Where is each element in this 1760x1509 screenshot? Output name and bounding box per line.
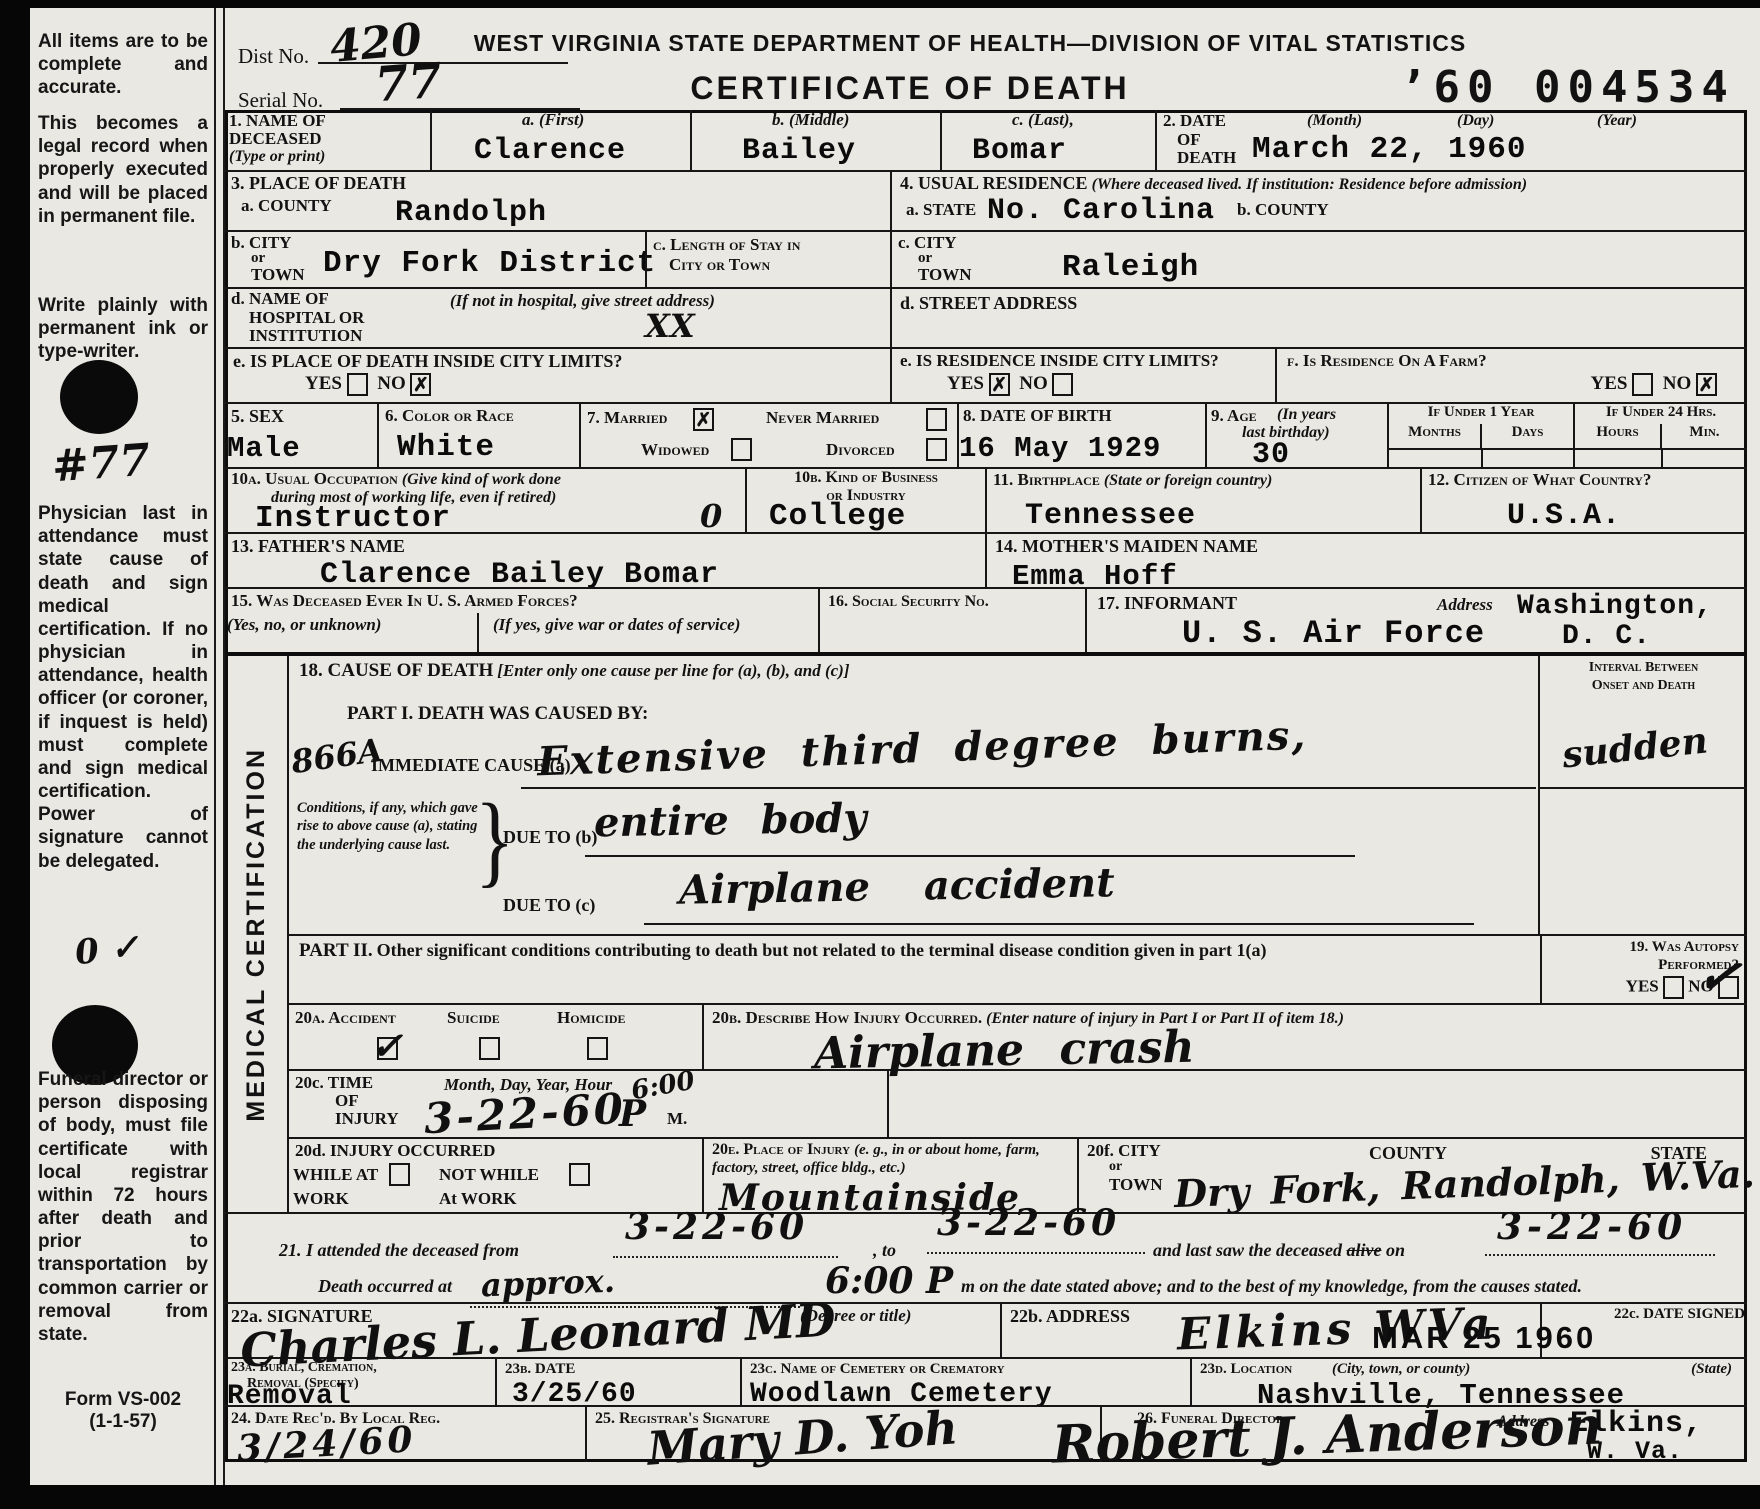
field-occupation: 10a. Usual Occupation (Give kind of work… — [225, 469, 745, 532]
attended-p1: 21. I attended the deceased from — [279, 1240, 519, 1261]
dod-label-1: 2. DATE — [1163, 111, 1226, 130]
department-title: WEST VIRGINIA STATE DEPARTMENT OF HEALTH… — [470, 30, 1470, 57]
margin-note-physician: Physician last in attendance must state … — [38, 502, 208, 873]
interval-line — [1540, 787, 1747, 789]
occupation-mark: 0 — [700, 497, 722, 535]
death-approx: approx. — [480, 1262, 615, 1305]
attended-p3: and last saw the deceased alive on — [1153, 1240, 1405, 1261]
due-b-value: entire body — [594, 794, 867, 846]
stay-label-2: City or Town — [653, 255, 770, 274]
field-middle-name: b. (Middle) Bailey — [690, 110, 940, 170]
row-attended: 21. I attended the deceased from 3-22-60… — [225, 1212, 1747, 1302]
informant-address-label: Address — [1437, 595, 1493, 615]
injury-city-or: or — [1109, 1159, 1122, 1175]
pod-limits-no-label: NO — [377, 373, 406, 394]
margin-note-legal-record: This becomes a legal record when properl… — [38, 112, 208, 228]
serial-no-value: 77 — [373, 53, 444, 114]
never-married-checkbox — [926, 408, 947, 431]
time-meridiem: P — [619, 1093, 646, 1135]
married-mark: ✗ — [696, 410, 712, 431]
medical-section-strip: MEDICAL CERTIFICATION — [225, 656, 287, 1212]
field-informant: 17. INFORMANT U. S. Air Force Address Wa… — [1085, 589, 1747, 652]
interval-label-1: Interval Between — [1589, 660, 1698, 675]
while-at-work-checkbox — [389, 1163, 410, 1186]
res-limits-no-checkbox — [1052, 373, 1073, 396]
field-res-limits: e. IS RESIDENCE INSIDE CITY LIMITS? YES … — [890, 349, 1275, 402]
scanned-death-certificate: { "margin": { "note1": "All items are to… — [0, 0, 1760, 1509]
hospital-label-2: HOSPITAL OR — [231, 308, 364, 327]
field-date-of-death: 2. DATE OF DEATH (Month) (Day) (Year) Ma… — [1155, 110, 1747, 170]
attended-p4: on — [1386, 1240, 1405, 1260]
middle-name-label: b. (Middle) — [772, 110, 849, 130]
pod-limits-no-checkbox: ✗ — [410, 373, 431, 396]
death-time: 6:00 P — [825, 1260, 953, 1302]
occupation-label: 10a. Usual Occupation — [231, 469, 398, 488]
row-informant: 15. Was Deceased Ever In U. S. Armed For… — [225, 587, 1747, 652]
under24-divider — [1661, 448, 1663, 467]
row-limits: e. IS PLACE OF DEATH INSIDE CITY LIMITS?… — [225, 347, 1747, 402]
father-label: 13. FATHER'S NAME — [231, 536, 405, 557]
row-20ab: 20a. Accident Suicide Homicide ✓ 20b. De… — [289, 1003, 1747, 1069]
never-married-label: Never Married — [766, 408, 879, 428]
autopsy-yes-checkbox — [1663, 976, 1684, 999]
field-describe-injury: 20b. Describe How Injury Occurred. (Ente… — [702, 1005, 1747, 1069]
field-date-received: 24. Date Rec'd. By Local Reg. 3/24/60 — [225, 1407, 585, 1462]
injury-city-label: 20f. CITY — [1087, 1141, 1161, 1161]
row-city: b. CITY or TOWN Dry Fork District c. Len… — [225, 230, 1747, 287]
res-limits-yes-checkbox: ✗ — [989, 373, 1010, 396]
burial-date-label: 23b. DATE — [505, 1361, 575, 1378]
hole-punch-top — [60, 360, 138, 434]
field-under-24-hrs: If Under 24 Hrs. Hours Min. — [1573, 404, 1747, 467]
armed-forces-divider — [477, 613, 479, 652]
hours-label: Hours — [1575, 424, 1660, 448]
form-number: Form VS-002 — [38, 1388, 208, 1411]
date-received-value: 3/24/60 — [236, 1418, 417, 1469]
part1-area: PART I. DEATH WAS CAUSED BY: 866A IMMEDI… — [289, 699, 1538, 934]
residence-county-label: b. COUNTY — [1237, 200, 1329, 220]
due-b-label: DUE TO (b) — [503, 827, 597, 848]
date-of-death-label: 2. DATE OF DEATH — [1163, 112, 1236, 168]
autopsy-no-mark: ✓ — [1693, 943, 1745, 1009]
field-funeral-director: 26. Funeral Director Address Elkins, W. … — [1100, 1407, 1747, 1462]
cause-hint: [Enter only one cause per line for (a), … — [497, 661, 849, 680]
field-age: 9. Age (In years last birthday) 30 — [1205, 404, 1387, 467]
attended-last-line — [1485, 1254, 1715, 1256]
informant-label: 17. INFORMANT — [1097, 593, 1237, 614]
not-while-checkbox — [569, 1163, 590, 1186]
form-revision: (1-1-57) — [38, 1410, 208, 1433]
armed-forces-label: 15. Was Deceased Ever In U. S. Armed For… — [231, 591, 578, 611]
pod-city-value: Dry Fork District — [323, 246, 656, 281]
field-pod-city: b. CITY or TOWN Dry Fork District — [225, 232, 645, 287]
location-label: 23d. Location — [1200, 1361, 1292, 1378]
field-last-name: c. (Last), Bomar — [940, 110, 1155, 170]
birthplace-label: 11. Birthplace — [993, 470, 1100, 489]
sex-label: 5. SEX — [231, 406, 284, 427]
interval-area: sudden — [1538, 699, 1747, 934]
birth-date-label: 8. DATE OF BIRTH — [963, 406, 1112, 426]
residence-label: 4. USUAL RESIDENCE — [900, 173, 1088, 193]
field-attended: 21. I attended the deceased from 3-22-60… — [225, 1214, 1747, 1302]
farm-label: f. Is Residence On A Farm? — [1287, 351, 1487, 371]
armed-forces-hint-2: (If yes, give war or dates of service) — [493, 615, 740, 635]
res-limits-yes-mark: ✗ — [991, 375, 1007, 396]
accident-mark: ✓ — [371, 1023, 403, 1068]
birth-date-value: 16 May 1929 — [959, 432, 1161, 465]
occupation-hint-1: (Give kind of work done — [402, 471, 561, 488]
attended-p3-text: and last saw the deceased — [1153, 1240, 1342, 1260]
street-address-label: d. STREET ADDRESS — [900, 293, 1077, 314]
part2-row: PART II. Other significant conditions co… — [289, 934, 1747, 1004]
location-hint-1: (City, town, or county) — [1332, 1361, 1470, 1378]
margin-note-funeral-director: Funeral director or person disposing of … — [38, 1068, 208, 1346]
citizen-value: U.S.A. — [1507, 499, 1621, 533]
age-label: 9. Age — [1211, 406, 1257, 426]
row-occupation: 10a. Usual Occupation (Give kind of work… — [225, 467, 1747, 532]
middle-name-value: Bailey — [742, 134, 856, 168]
widowed-label: Widowed — [641, 440, 709, 460]
name-hint: (Type or print) — [229, 148, 426, 166]
dod-day-hint: (Day) — [1457, 112, 1494, 130]
suicide-label: Suicide — [447, 1008, 500, 1028]
medical-section-content: 18. CAUSE OF DEATH [Enter only one cause… — [287, 656, 1747, 1212]
dod-label-3: DEATH — [1163, 148, 1236, 167]
margin-case-number: #77 — [50, 435, 151, 493]
field-registrar-signature: 25. Registrar's Signature Mary D. Yoh — [585, 1407, 1100, 1462]
time-value: 3-22-60 — [423, 1084, 627, 1144]
field-date-signed: 22c. DATE SIGNED MAR 25 1960 — [1540, 1304, 1747, 1357]
stay-label-1: c. Length of Stay in — [653, 235, 800, 254]
cause-header-row: 18. CAUSE OF DEATH [Enter only one cause… — [289, 656, 1747, 699]
field-signature: 22a. SIGNATURE (Degree or title) Charles… — [225, 1304, 1000, 1357]
field-race: 6. Color or Race White — [377, 404, 579, 467]
immediate-cause-value: Extensive third degree burns, — [536, 711, 1308, 785]
interval-label-2: Onset and Death — [1592, 678, 1695, 693]
margin-divider — [214, 8, 225, 1485]
date-signed-stamp: MAR 25 1960 — [1372, 1320, 1596, 1356]
under1-divider — [1481, 448, 1483, 467]
row-20c: 20c. TIME OF INJURY Month, Day, Year, Ho… — [289, 1069, 1747, 1137]
sex-value: Male — [227, 432, 301, 465]
birthplace-hint: (State or foreign country) — [1104, 472, 1272, 489]
row-place-residence: 3. PLACE OF DEATH a. COUNTY Randolph 4. … — [225, 170, 1747, 230]
injury-town-label: TOWN — [1109, 1175, 1163, 1195]
pod-county-value: Randolph — [395, 196, 547, 230]
place-injury-hint-1: (e. g., in or about home, — [854, 1142, 1002, 1158]
hospital-label-3: INSTITUTION — [231, 326, 362, 345]
armed-forces-hint-1: (Yes, no, or unknown) — [227, 615, 381, 635]
business-label-1: 10b. Kind of Business — [794, 469, 938, 486]
homicide-checkbox — [587, 1037, 608, 1060]
residence-state-value: No. Carolina — [987, 194, 1215, 228]
res-limits-yes-label: YES — [947, 373, 984, 394]
res-limits-no-label: NO — [1019, 373, 1048, 394]
describe-label: 20b. Describe How Injury Occurred. — [712, 1008, 982, 1027]
interval-header: Interval BetweenOnset and Death — [1538, 656, 1747, 699]
occupation-value: Instructor — [255, 501, 451, 536]
race-label: 6. Color or Race — [385, 406, 514, 426]
informant-value: U. S. Air Force — [1182, 615, 1485, 652]
days-label: Days — [1480, 424, 1573, 448]
describe-continuation — [887, 1071, 1747, 1137]
while-at-label: WHILE AT — [293, 1165, 378, 1185]
field-citizen: 12. Citizen of What Country? U.S.A. — [1420, 469, 1747, 532]
attended-p2: , to — [873, 1240, 896, 1261]
field-autopsy: 19. Was AutopsyPerformed? YES NO ✓ — [1540, 936, 1747, 1004]
death-p2: m on the date stated above; and to the b… — [961, 1276, 1582, 1297]
work-word: WORK — [293, 1189, 349, 1209]
row-sex-age: 5. SEX Male 6. Color or Race White 7. Ma… — [225, 402, 1747, 467]
married-checkbox: ✗ — [693, 408, 714, 431]
field-residence-city: c. CITY or TOWN Raleigh — [890, 232, 1747, 287]
res-town-label: TOWN — [918, 265, 972, 285]
not-while-label: NOT WHILE — [439, 1165, 539, 1185]
citizen-label: 12. Citizen of What Country? — [1422, 469, 1747, 491]
row-parents: 13. FATHER'S NAME Clarence Bailey Bomar … — [225, 532, 1747, 587]
field-name-label: 1. NAME OFDECEASED (Type or print) — [225, 110, 430, 170]
homicide-label: Homicide — [557, 1008, 626, 1028]
hospital-label: d. NAME OF HOSPITAL OR INSTITUTION — [231, 290, 364, 346]
under24-label: If Under 24 Hrs. — [1575, 404, 1747, 421]
res-limits-label: e. IS RESIDENCE INSIDE CITY LIMITS? — [900, 351, 1219, 371]
field-burial-date: 23b. DATE 3/25/60 — [495, 1359, 740, 1405]
res-city-value: Raleigh — [1062, 250, 1199, 285]
race-value: White — [397, 430, 495, 465]
field-father: 13. FATHER'S NAME Clarence Bailey Bomar — [225, 534, 985, 587]
farm-no-mark: ✗ — [1699, 375, 1715, 396]
field-business: 10b. Kind of Businessor Industry College — [745, 469, 985, 532]
location-hint-2: (State) — [1691, 1361, 1732, 1378]
date-signed-label: 22c. DATE SIGNED — [1614, 1306, 1745, 1323]
field-ssn: 16. Social Security No. — [818, 589, 1085, 652]
hospital-label-1: d. NAME OF — [231, 289, 329, 308]
certificate-title: CERTIFICATE OF DEATH — [670, 70, 1150, 107]
attended-from-line — [613, 1256, 838, 1258]
due-c-value: Airplane accident — [679, 859, 1115, 914]
last-name-value: Bomar — [972, 134, 1067, 168]
pod-limits-label: e. IS PLACE OF DEATH INSIDE CITY LIMITS? — [233, 351, 622, 372]
last-name-label: c. (Last), — [1012, 110, 1074, 130]
divorced-checkbox — [926, 438, 947, 461]
address-22b-label: 22b. ADDRESS — [1010, 1306, 1130, 1327]
attended-to-line — [927, 1252, 1145, 1254]
field-farm: f. Is Residence On A Farm? YES NO ✗ — [1275, 349, 1747, 402]
mother-label: 14. MOTHER'S MAIDEN NAME — [995, 536, 1258, 557]
autopsy-yes-label: YES — [1626, 976, 1659, 995]
cemetery-label: 23c. Name of Cemetery or Crematory — [750, 1361, 1005, 1378]
field-place-of-injury: 20e. Place of Injury (e. g., in or about… — [702, 1139, 1077, 1212]
work-label: 20d. INJURY OCCURRED — [295, 1141, 495, 1161]
pod-limits-yes-checkbox — [347, 373, 368, 396]
place-injury-value: Mountainside — [719, 1177, 1021, 1219]
interval-value: sudden — [1560, 719, 1709, 776]
field-mother: 14. MOTHER'S MAIDEN NAME Emma Hoff — [985, 534, 1747, 587]
medical-section: MEDICAL CERTIFICATION 18. CAUSE OF DEATH… — [225, 652, 1747, 1212]
describe-value: Airplane crash — [814, 1022, 1195, 1080]
months-label: Months — [1389, 424, 1480, 448]
time-m-label: M. — [667, 1109, 687, 1129]
cause-label: 18. CAUSE OF DEATH — [299, 660, 493, 681]
death-p1: Death occurred at — [318, 1276, 452, 1297]
field-sex: 5. SEX Male — [225, 404, 377, 467]
pod-limits-yes-label: YES — [305, 373, 342, 394]
field-length-of-stay: c. Length of Stay inCity or Town — [645, 232, 890, 287]
married-label: 7. Married — [587, 408, 667, 428]
place-injury-label: 20e. Place of Injury — [712, 1141, 850, 1158]
farm-no-checkbox: ✗ — [1696, 373, 1717, 396]
field-pod-limits: e. IS PLACE OF DEATH INSIDE CITY LIMITS?… — [225, 349, 890, 402]
field-hospital: d. NAME OF HOSPITAL OR INSTITUTION (If n… — [225, 289, 890, 347]
part1-row: PART I. DEATH WAS CAUSED BY: 866A IMMEDI… — [289, 699, 1747, 934]
medical-section-label: MEDICAL CERTIFICATION — [242, 747, 271, 1122]
certificate-number: ’60 004534 — [1400, 62, 1735, 113]
residence-state-label: a. STATE — [906, 200, 976, 220]
row-name: 1. NAME OFDECEASED (Type or print) a. (F… — [225, 110, 1747, 170]
age-hint-1: (In years — [1277, 406, 1336, 424]
at-work-label: At WORK — [439, 1189, 517, 1209]
farm-yes-label: YES — [1591, 373, 1628, 394]
field-time-of-injury: 20c. TIME OF INJURY Month, Day, Year, Ho… — [289, 1071, 887, 1137]
field-injury-at-work: 20d. INJURY OCCURRED WHILE AT NOT WHILE … — [289, 1139, 702, 1212]
field-accident-suicide-homicide: 20a. Accident Suicide Homicide ✓ — [289, 1005, 702, 1069]
pod-limits-no-mark: ✗ — [413, 375, 429, 396]
due-b-line — [585, 855, 1355, 857]
due-c-label: DUE TO (c) — [503, 895, 595, 916]
time-label-2: OF — [335, 1091, 359, 1111]
row-hospital: d. NAME OF HOSPITAL OR INSTITUTION (If n… — [225, 287, 1747, 347]
due-c-line — [644, 923, 1474, 925]
attended-last: 3-22-60 — [1497, 1206, 1687, 1248]
field-armed-forces: 15. Was Deceased Ever In U. S. Armed For… — [225, 589, 818, 652]
time-label-1: 20c. TIME — [295, 1073, 373, 1093]
name-label-1: 1. NAME OF — [229, 111, 326, 130]
row-20def: 20d. INJURY OCCURRED WHILE AT NOT WHILE … — [289, 1137, 1747, 1212]
dod-year-hint: (Year) — [1597, 112, 1637, 130]
first-name-label: a. (First) — [522, 110, 584, 130]
pod-town-label: TOWN — [251, 265, 305, 285]
residence-hint: (Where deceased lived. If institution: R… — [1092, 176, 1528, 193]
divorced-label: Divorced — [826, 440, 895, 460]
field-burial-location: 23d. Location (City, town, or county) (S… — [1190, 1359, 1747, 1405]
immediate-cause-line — [521, 787, 1536, 789]
field-injury-city: 20f. CITY or TOWN COUNTY STATE Dry Fork,… — [1077, 1139, 1747, 1212]
under1-label: If Under 1 Year — [1389, 404, 1573, 421]
part2-text: Other significant conditions contributin… — [377, 940, 1267, 960]
name-label-2: DECEASED — [229, 129, 322, 148]
field-under-1-year: If Under 1 Year Months Days — [1387, 404, 1573, 467]
suicide-checkbox — [479, 1037, 500, 1060]
farm-no-label: NO — [1663, 373, 1692, 394]
place-of-death-label: 3. PLACE OF DEATH — [231, 173, 406, 194]
dod-label-2: OF — [1163, 130, 1201, 149]
field-usual-residence: 4. USUAL RESIDENCE (Where deceased lived… — [890, 172, 1747, 230]
field-street-address: d. STREET ADDRESS — [890, 289, 1747, 347]
field-birthplace: 11. Birthplace (State or foreign country… — [985, 469, 1420, 532]
time-label-3: INJURY — [335, 1109, 399, 1129]
informant-address-2: D. C. — [1562, 621, 1651, 652]
informant-address-1: Washington, — [1517, 591, 1713, 622]
margin-handwritten-mark: 0 ✓ — [73, 927, 141, 973]
ssn-label: 16. Social Security No. — [828, 593, 989, 611]
field-cemetery: 23c. Name of Cemetery or Crematory Woodl… — [740, 1359, 1190, 1405]
dod-month-hint: (Month) — [1307, 112, 1362, 130]
attended-struck-alive: alive — [1347, 1240, 1382, 1260]
field-place-of-death: 3. PLACE OF DEATH a. COUNTY Randolph — [225, 172, 890, 230]
min-label: Min. — [1660, 424, 1747, 448]
part1-label: PART I. DEATH WAS CAUSED BY: — [347, 703, 648, 725]
first-name-value: Clarence — [474, 134, 626, 168]
part2-label: PART II. — [299, 940, 373, 961]
row-registrar: 24. Date Rec'd. By Local Reg. 3/24/60 25… — [225, 1405, 1747, 1462]
margin-note-write-plainly: Write plainly with permanent ink or type… — [38, 294, 208, 364]
farm-yes-checkbox — [1632, 373, 1653, 396]
pod-county-label: a. COUNTY — [241, 196, 332, 216]
field-birth-date: 8. DATE OF BIRTH 16 May 1929 — [957, 404, 1205, 467]
margin-note-complete: All items are to be complete and accurat… — [38, 30, 208, 100]
conditions-note: Conditions, if any, which gave rise to a… — [297, 799, 479, 855]
injury-county-label: COUNTY — [1369, 1143, 1447, 1164]
dist-no-line — [318, 62, 568, 64]
dist-no-label: Dist No. — [238, 44, 309, 69]
business-value: College — [769, 499, 906, 534]
hospital-value: XX — [645, 307, 695, 345]
widowed-checkbox — [731, 438, 752, 461]
birthplace-value: Tennessee — [1025, 499, 1196, 533]
dod-value: March 22, 1960 — [1252, 132, 1526, 167]
field-first-name: a. (First) Clarence — [430, 110, 690, 170]
row-signature: 22a. SIGNATURE (Degree or title) Charles… — [225, 1302, 1747, 1357]
field-marital: 7. Married ✗ Never Married Widowed Divor… — [579, 404, 957, 467]
